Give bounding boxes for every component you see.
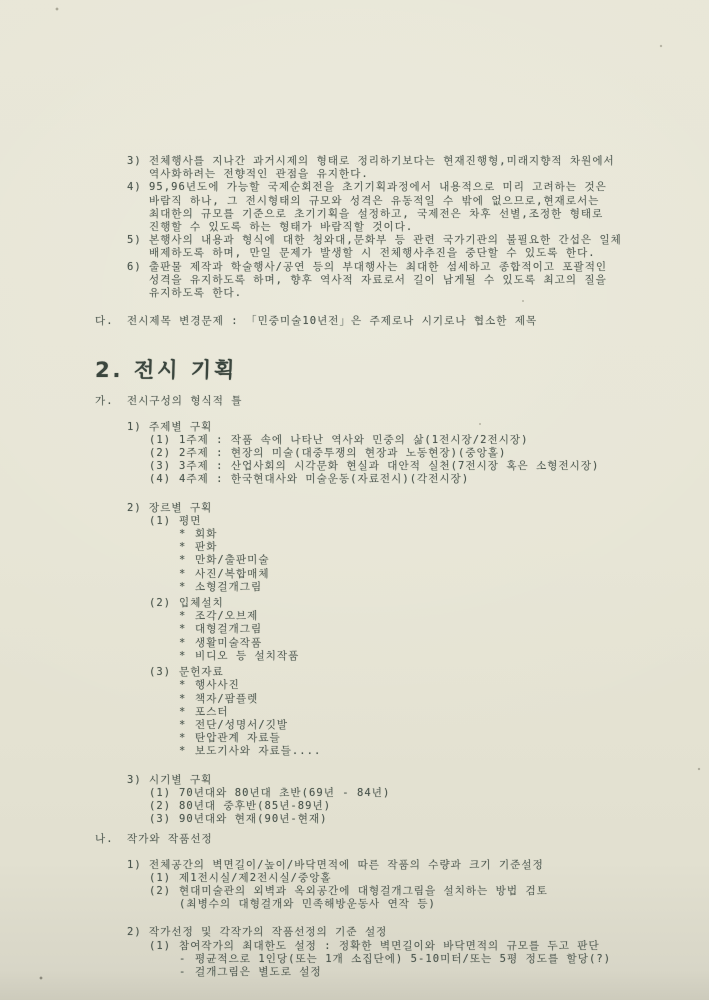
list-item-5: 5) 본행사의 내용과 형식에 대한 청와대,문화부 등 관련 국가기관의 불필…	[127, 234, 685, 260]
item-label: 가.	[95, 395, 127, 408]
item-number: 6)	[127, 261, 149, 274]
section-ga-label: 가. 전시구성의 형식적 틀	[95, 395, 685, 408]
bullet-marker: *	[179, 650, 195, 663]
bullet-item: *회화	[179, 528, 685, 541]
group-items: (1) 평면 *회화 *판화 *만화/출판미술 *사진/복합매체 *소형걸개그림	[149, 515, 685, 759]
bullet-marker: *	[179, 732, 195, 745]
list-item: (4) 4주제 : 한국현대사와 미술운동(자료전시)(각전시장)	[149, 473, 685, 486]
doc-line: 행사사진	[195, 679, 240, 692]
bullet-item: *행사사진	[179, 679, 685, 692]
doc-line: 비디오 등 설치작품	[195, 650, 299, 663]
doc-line: 90년대와 현재(90년-현재)	[179, 813, 328, 826]
doc-line: 전단/성명서/깃발	[195, 719, 288, 732]
group-title: 전체공간의 벽면길이/높이/바닥면적에 따른 작품의 수량과 크기 기준설정	[149, 859, 544, 872]
item-number: (3)	[149, 460, 179, 473]
item-text: 95,96년도에 가능할 국제순회전을 초기기획과정에서 내용적으로 미리 고려…	[149, 181, 607, 234]
item-number: (3)	[149, 813, 179, 826]
bullet-item: *비디오 등 설치작품	[179, 650, 685, 663]
doc-line: 4주제 : 한국현대사와 미술운동(자료전시)(각전시장)	[179, 473, 469, 486]
list-item: (3) 3주제 : 산업사회의 시각문화 현실과 대안적 실천(7전시장 혹은 …	[149, 460, 685, 473]
doc-line: 걸개그림은 별도로 설정	[195, 966, 322, 979]
item-number: 4)	[127, 181, 149, 194]
doc-line: 95,96년도에 가능할 국제순회전을 초기기획과정에서 내용적으로 미리 고려…	[149, 181, 607, 194]
bullet-item: *대형걸개그림	[179, 623, 685, 636]
list-item-4: 4) 95,96년도에 가능할 국제순회전을 초기기획과정에서 내용적으로 미리…	[127, 181, 685, 234]
bullet-marker: *	[179, 528, 195, 541]
doc-line: 3주제 : 산업사회의 시각문화 현실과 대안적 실천(7전시장 혹은 소형전시…	[179, 460, 599, 473]
doc-line: 역사화하려는 전향적인 관점을 유지한다.	[149, 168, 615, 181]
list-item: (3) 90년대와 현재(90년-현재)	[149, 813, 685, 826]
doc-line: 성격을 유지하도록 하며, 향후 역사적 자료로서 길이 남게될 수 있도록 최…	[149, 274, 607, 287]
bullet-marker: *	[179, 610, 195, 623]
doc-line: 유지하도록 한다.	[149, 287, 607, 300]
doc-line: 70년대와 80년대 초반(69년 - 84년)	[179, 787, 390, 800]
list-item: (2) 80년대 중후반(85년-89년)	[149, 800, 685, 813]
group-title: 장르별 구획	[149, 502, 212, 515]
section-na-body: 1) 전체공간의 벽면길이/높이/바닥면적에 따른 작품의 수량과 크기 기준설…	[127, 859, 685, 980]
dash-item: -걸개그림은 별도로 설정	[179, 966, 685, 979]
bullet-item: *조각/오브제	[179, 610, 685, 623]
list-item: (1) 1주제 : 작품 속에 나타난 역사와 민중의 삶(1전시장/2전시장)	[149, 434, 685, 447]
list-item: (1) 70년대와 80년대 초반(69년 - 84년)	[149, 787, 685, 800]
item-number: (2)	[149, 447, 179, 460]
doc-line: 대형걸개그림	[195, 623, 262, 636]
bullet-marker: *	[179, 679, 195, 692]
subgroup-3d: (2) 입체설치 *조각/오브제 *대형걸개그림 *생활미술작품 *비디오 등 …	[149, 597, 685, 663]
bullet-marker: *	[179, 706, 195, 719]
dash-marker: -	[179, 966, 195, 979]
doc-line: 최대한의 규모를 기준으로 초기기획을 설정하고, 국제전은 차후 선별,조정한…	[149, 208, 607, 221]
section-na-label: 나. 작가와 작품선정	[95, 833, 685, 846]
group-title-row: 2) 장르별 구획	[127, 502, 685, 515]
list-item: (2) 현대미술관의 외벽과 옥외공간에 대형걸개그림을 설치하는 방법 검토	[149, 885, 685, 898]
item-number: (2)	[149, 800, 179, 813]
group-items: (1) 제1전시실/제2전시실/중앙홀 (2) 현대미술관의 외벽과 옥외공간에…	[149, 872, 685, 912]
bullet-item: *탄압관계 자료들	[179, 732, 685, 745]
group-period: 3) 시기별 구획 (1) 70년대와 80년대 초반(69년 - 84년) (…	[127, 774, 685, 827]
bullet-item: *포스터	[179, 706, 685, 719]
bullet-item: *소형걸개그림	[179, 581, 685, 594]
item-number: (2)	[149, 885, 179, 898]
dash-marker: -	[179, 953, 195, 966]
group-items: (1) 참여작가의 최대한도 설정 : 정확한 벽면길이와 바닥면적의 규모를 …	[149, 940, 685, 980]
doc-line: 사진/복합매체	[195, 568, 270, 581]
doc-line: 현대미술관의 외벽과 옥외공간에 대형걸개그림을 설치하는 방법 검토	[179, 885, 548, 898]
list-item: (1) 참여작가의 최대한도 설정 : 정확한 벽면길이와 바닥면적의 규모를 …	[149, 940, 685, 953]
doc-line: 보도기사와 자료들....	[195, 745, 321, 758]
doc-line: 포스터	[195, 706, 229, 719]
group-title: 주제별 구획	[149, 421, 212, 434]
item-da: 다. 전시제목 변경문제 : 「민중미술10년전」은 주제로나 시기로나 협소한…	[95, 315, 685, 328]
item-number: (3)	[149, 666, 179, 679]
bullet-item: *책자/팜플렛	[179, 693, 685, 706]
item-label: 다.	[95, 315, 127, 328]
doc-line: 조각/오브제	[195, 610, 258, 623]
scanned-document-page: 3) 전체행사를 지나간 과거시제의 형태로 정리하기보다는 현재진행형,미래지…	[0, 0, 709, 1000]
doc-line: 진행할 수 있도록 하는 형태가 바람직할 것이다.	[149, 221, 607, 234]
item-number: 1)	[127, 859, 149, 872]
doc-line: 바람직 하나, 그 전시형태의 규모와 성격은 유동적일 수 밖에 없으므로,현…	[149, 195, 607, 208]
item-number: 3)	[127, 155, 149, 168]
bullet-item: *판화	[179, 541, 685, 554]
bullet-marker: *	[179, 541, 195, 554]
doc-line: 탄압관계 자료들	[195, 732, 281, 745]
item-number: (2)	[149, 597, 179, 610]
item-number: 2)	[127, 926, 149, 939]
bullet-marker: *	[179, 745, 195, 758]
section-title: 작가와 작품선정	[127, 833, 213, 846]
document-content: 3) 전체행사를 지나간 과거시제의 형태로 정리하기보다는 현재진행형,미래지…	[95, 155, 685, 979]
group-title-row: 1) 전체공간의 벽면길이/높이/바닥면적에 따른 작품의 수량과 크기 기준설…	[127, 859, 685, 872]
group-theme: 1) 주제별 구획 (1) 1주제 : 작품 속에 나타난 역사와 민중의 삶(…	[127, 421, 685, 487]
group-title-row: 2) 작가선정 및 각작가의 작품선정의 기준 설정	[127, 926, 685, 939]
group-genre: 2) 장르별 구획 (1) 평면 *회화 *판화 *만화/출판미술 *사진	[127, 502, 685, 759]
doc-line: 참여작가의 최대한도 설정 : 정확한 벽면길이와 바닥면적의 규모를 두고 판…	[179, 940, 600, 953]
item-number: 1)	[127, 421, 149, 434]
doc-line: 1주제 : 작품 속에 나타난 역사와 민중의 삶(1전시장/2전시장)	[179, 434, 528, 447]
bullet-marker: *	[179, 568, 195, 581]
item-number: 2)	[127, 502, 149, 515]
item-number: (1)	[149, 787, 179, 800]
bullet-item: *생활미술작품	[179, 637, 685, 650]
item-number: (1)	[149, 434, 179, 447]
item-number: (1)	[149, 872, 179, 885]
item-text: 본행사의 내용과 형식에 대한 청와대,문화부 등 관련 국가기관의 불필요한 …	[149, 234, 622, 260]
doc-line: 판화	[195, 541, 217, 554]
dash-list: -평균적으로 1인당(또는 1개 소집단에) 5-10미터/또는 5평 정도를 …	[179, 953, 685, 979]
dash-item: -평균적으로 1인당(또는 1개 소집단에) 5-10미터/또는 5평 정도를 …	[179, 953, 685, 966]
item-number: 5)	[127, 234, 149, 247]
doc-line: 출판물 제작과 학술행사/공연 등의 부대행사는 최대한 섬세하고 종합적이고 …	[149, 261, 607, 274]
doc-line: 책자/팜플렛	[195, 693, 258, 706]
item-text: 전체행사를 지나간 과거시제의 형태로 정리하기보다는 현재진행형,미래지향적 …	[149, 155, 615, 181]
list-item: (2) 2주제 : 현장의 미술(대중투쟁의 현장과 노동현장)(중앙홀)	[149, 447, 685, 460]
list-item-3: 3) 전체행사를 지나간 과거시제의 형태로 정리하기보다는 현재진행형,미래지…	[127, 155, 685, 181]
item-text: 출판물 제작과 학술행사/공연 등의 부대행사는 최대한 섬세하고 종합적이고 …	[149, 261, 607, 301]
list-item: (2) 입체설치	[149, 597, 685, 610]
section-ga-body: 1) 주제별 구획 (1) 1주제 : 작품 속에 나타난 역사와 민중의 삶(…	[127, 421, 685, 827]
item-number: (1)	[149, 515, 179, 528]
group-space: 1) 전체공간의 벽면길이/높이/바닥면적에 따른 작품의 수량과 크기 기준설…	[127, 859, 685, 912]
bullet-marker: *	[179, 581, 195, 594]
doc-line: 평면	[179, 515, 201, 528]
doc-line: 본행사의 내용과 형식에 대한 청와대,문화부 등 관련 국가기관의 불필요한 …	[149, 234, 622, 247]
doc-line: 전시제목 변경문제 : 「민중미술10년전」은 주제로나 시기로나 협소한 제목	[127, 315, 537, 328]
group-title-row: 3) 시기별 구획	[127, 774, 685, 787]
doc-line: 문헌자료	[179, 666, 224, 679]
doc-line: 전체행사를 지나간 과거시제의 형태로 정리하기보다는 현재진행형,미래지향적 …	[149, 155, 615, 168]
intro-list: 3) 전체행사를 지나간 과거시제의 형태로 정리하기보다는 현재진행형,미래지…	[127, 155, 685, 300]
bullet-item: *전단/성명서/깃발	[179, 719, 685, 732]
bullet-list: *행사사진 *책자/팜플렛 *포스터 *전단/성명서/깃발 *탄압관계 자료들 …	[179, 679, 685, 758]
item-number: (1)	[149, 940, 179, 953]
doc-line: 제1전시실/제2전시실/중앙홀	[179, 872, 332, 885]
item-number: (4)	[149, 473, 179, 486]
bullet-marker: *	[179, 623, 195, 636]
doc-line: 80년대 중후반(85년-89년)	[179, 800, 331, 813]
list-item: (1) 평면	[149, 515, 685, 528]
group-items: (1) 70년대와 80년대 초반(69년 - 84년) (2) 80년대 중후…	[149, 787, 685, 827]
subgroup-flat: (1) 평면 *회화 *판화 *만화/출판미술 *사진/복합매체 *소형걸개그림	[149, 515, 685, 594]
doc-line: 2주제 : 현장의 미술(대중투쟁의 현장과 노동현장)(중앙홀)	[179, 447, 506, 460]
group-title-row: 1) 주제별 구획	[127, 421, 685, 434]
list-item: (1) 제1전시실/제2전시실/중앙홀	[149, 872, 685, 885]
bullet-item: *만화/출판미술	[179, 554, 685, 567]
bullet-item: *사진/복합매체	[179, 568, 685, 581]
group-items: (1) 1주제 : 작품 속에 나타난 역사와 민중의 삶(1전시장/2전시장)…	[149, 434, 685, 487]
bullet-marker: *	[179, 637, 195, 650]
item-label: 나.	[95, 833, 127, 846]
list-item-6: 6) 출판물 제작과 학술행사/공연 등의 부대행사는 최대한 섬세하고 종합적…	[127, 261, 685, 301]
doc-line: 소형걸개그림	[195, 581, 262, 594]
bullet-list: *조각/오브제 *대형걸개그림 *생활미술작품 *비디오 등 설치작품	[179, 610, 685, 663]
group-title: 시기별 구획	[149, 774, 212, 787]
section-heading: 2. 전시 기획	[95, 357, 686, 383]
doc-line: 평균적으로 1인당(또는 1개 소집단에) 5-10미터/또는 5평 정도를 할…	[195, 953, 611, 966]
item-number: 3)	[127, 774, 149, 787]
doc-line: 회화	[195, 528, 217, 541]
doc-line: (최병수의 대형걸개와 민족해방운동사 연작 등)	[179, 898, 685, 911]
doc-line: 배제하도록 하며, 만일 문제가 발생할 시 전체행사추진을 중단할 수 있도록…	[149, 247, 622, 260]
bullet-list: *회화 *판화 *만화/출판미술 *사진/복합매체 *소형걸개그림	[179, 528, 685, 594]
bullet-marker: *	[179, 554, 195, 567]
doc-line: 만화/출판미술	[195, 554, 270, 567]
group-artist-criteria: 2) 작가선정 및 각작가의 작품선정의 기준 설정 (1) 참여작가의 최대한…	[127, 926, 685, 979]
bullet-marker: *	[179, 719, 195, 732]
group-title: 작가선정 및 각작가의 작품선정의 기준 설정	[149, 926, 387, 939]
subgroup-archive: (3) 문헌자료 *행사사진 *책자/팜플렛 *포스터 *전단/성명서/깃발 *…	[149, 666, 685, 758]
section-title: 전시구성의 형식적 틀	[127, 395, 242, 408]
doc-line: 생활미술작품	[195, 637, 262, 650]
doc-line: 입체설치	[179, 597, 224, 610]
bullet-item: *보도기사와 자료들....	[179, 745, 685, 758]
list-item: (3) 문헌자료	[149, 666, 685, 679]
bullet-marker: *	[179, 693, 195, 706]
